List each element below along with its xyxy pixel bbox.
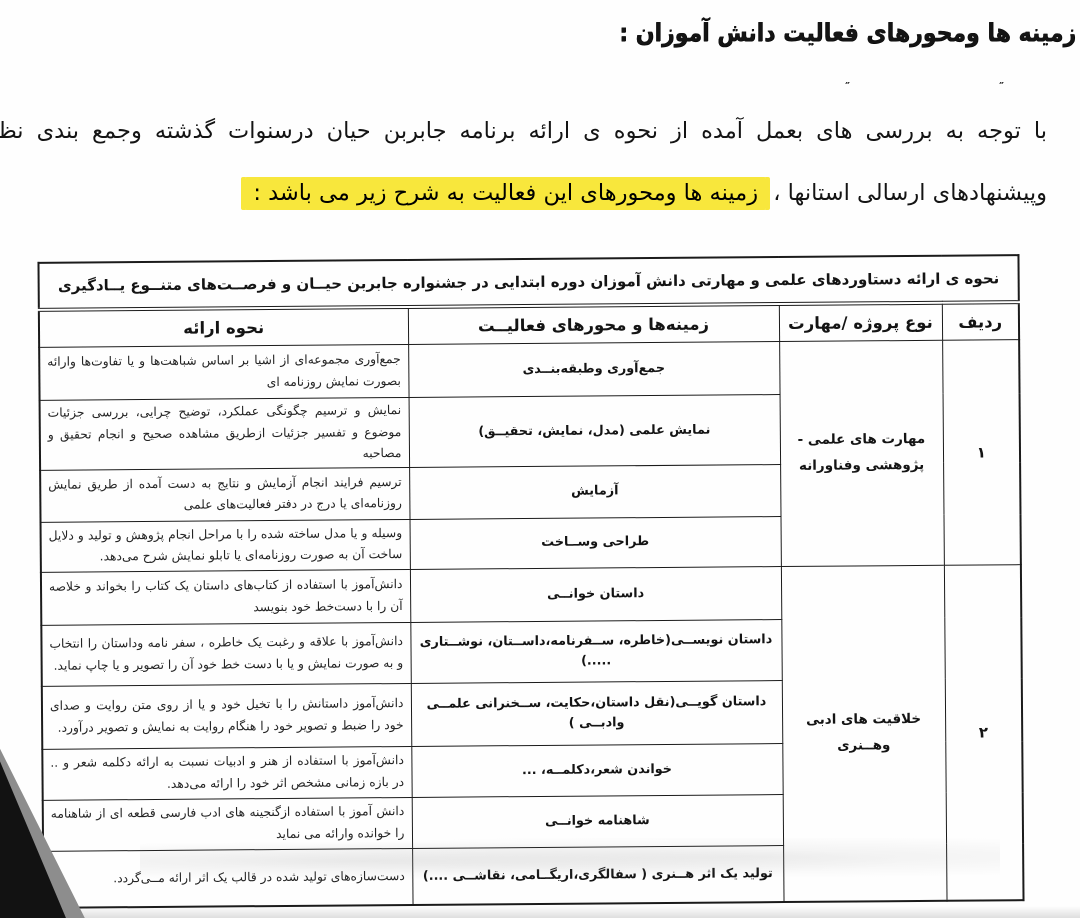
row-number: ۱ [942,340,1021,565]
intro-line-2-prefix: وپیشنهادهای ارسالی استانها ، [766,180,1047,206]
presentation-method: دست‌سازه‌های تولید شده در قالب یک اثر ار… [43,848,412,908]
activity-table-wrapper: نحوه ی ارائه دستاوردهای علمی و مهارتی دا… [39,254,1024,909]
project-type: مهارت های علمی - پژوهشی وفناورانه [779,340,944,566]
presentation-method: نمایش و ترسیم چگونگی عملکرد، توضیح چرایی… [40,397,410,469]
activity-field: داستان گویــی(نقل داستان،حکایت، ســخنران… [411,680,782,746]
scan-bottom-shading [0,906,1080,918]
scanned-document-page: زمینه ها ومحورهای فعالیت دانش آموزان : ″… [0,0,1080,918]
presentation-method: دانش آموز با استفاده ازگنجینه های ادب فا… [43,797,412,851]
presentation-method: دانش‌آموز داستانش را با تخیل خود و یا از… [42,683,412,749]
header-activity-fields: زمینه‌ها و محورهای فعالیــت [408,304,779,344]
activity-field: طراحی وســاخت [410,516,781,569]
project-type: خلاقیت های ادبی وهــنری [781,565,947,902]
table-row: ۱ مهارت های علمی - پژوهشی وفناورانه جمع‌… [39,340,1019,401]
activity-field: تولید یک اثر هــنری ( سفالگری،اریگــامی،… [412,845,783,905]
activity-field: داستان نویســی(خاطره، ســفرنامه،داســتان… [410,619,781,683]
header-row-number: ردیف [942,302,1019,340]
row-number: ۲ [944,564,1024,901]
page-title: زمینه ها ومحورهای فعالیت دانش آموزان : [706,18,1076,47]
intro-line-2: وپیشنهادهای ارسالی استانها ، زمینه ها وم… [7,180,1047,206]
calligraphy-flourish: ″ [845,80,850,93]
header-project-type: نوع پروژه /مهارت [779,303,942,342]
presentation-method: دانش‌آموز با علاقه و رغبت یک خاطره ، سفر… [41,622,411,686]
intro-line-1: با توجه به بررسی های بعمل آمده از نحوه ی… [0,116,1047,148]
table-caption: نحوه ی ارائه دستاوردهای علمی و مهارتی دا… [38,255,1018,310]
header-presentation: نحوه ارائه [39,307,408,347]
activity-field: آزمایش [409,464,780,519]
activity-table: نحوه ی ارائه دستاوردهای علمی و مهارتی دا… [37,254,1024,909]
activity-field: خواندن شعر،دکلمــه، ... [411,743,782,797]
highlighted-phrase: زمینه ها ومحورهای این فعالیت به شرح زیر … [245,177,766,210]
presentation-method: ترسیم فرایند انجام آزمایش و نتایج به دست… [40,467,409,522]
calligraphy-flourish: ″ [999,80,1004,93]
presentation-method: دانش‌آموز با استفاده از کتاب‌های داستان … [41,569,410,625]
activity-field: شاهنامه خوانــی [412,794,783,848]
presentation-method: دانش‌آموز با استفاده از هنر و ادبیات نسب… [42,746,411,800]
table-row: ۲ خلاقیت های ادبی وهــنری داستان خوانــی… [41,564,1021,625]
presentation-method: جمع‌آوری مجموعه‌ای از اشیا بر اساس شباهت… [39,344,408,400]
activity-field: نمایش علمی (مدل، نمایش، تحقیــق) [409,395,781,467]
document-title-block: زمینه ها ومحورهای فعالیت دانش آموزان : ″… [656,18,1076,47]
activity-field: جمع‌آوری وطبقه‌بنــدی [408,342,779,398]
presentation-method: وسیله و یا مدل ساخته شده را با مراحل انج… [40,519,409,572]
activity-field: داستان خوانــی [410,566,781,622]
